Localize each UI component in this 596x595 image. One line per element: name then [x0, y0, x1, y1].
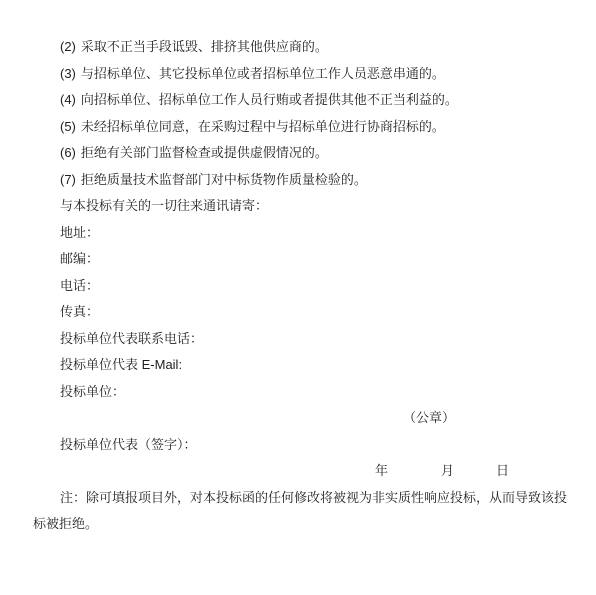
- clause-item-2: (2)采取不正当手段诋毁、排挤其他供应商的。: [33, 34, 563, 61]
- clause-number: (3): [60, 66, 76, 81]
- clause-text: 未经招标单位同意，在采购过程中与招标单位进行协商招标的。: [81, 119, 445, 134]
- field-postcode-label: 邮编：: [33, 246, 563, 273]
- day-label: 日: [496, 463, 509, 478]
- date-line: 年月日: [33, 458, 563, 485]
- field-rep-email-label: 投标单位代表 E-Mail:: [33, 352, 563, 379]
- field-fax-label: 传真：: [33, 299, 563, 326]
- representative-sign-label: 投标单位代表（签字）：: [33, 432, 563, 459]
- field-phone-label: 电话：: [33, 273, 563, 300]
- document-content: (2)采取不正当手段诋毁、排挤其他供应商的。 (3)与招标单位、其它投标单位或者…: [0, 0, 596, 538]
- field-rep-phone-label: 投标单位代表联系电话：: [33, 326, 563, 353]
- clause-item-4: (4)向招标单位、招标单位工作人员行贿或者提供其他不正当利益的。: [33, 87, 563, 114]
- bidder-unit-label: 投标单位：: [33, 379, 563, 406]
- clause-text: 向招标单位、招标单位工作人员行贿或者提供其他不正当利益的。: [81, 92, 458, 107]
- clause-text: 采取不正当手段诋毁、排挤其他供应商的。: [81, 39, 328, 54]
- clause-text: 与招标单位、其它投标单位或者招标单位工作人员恶意串通的。: [81, 66, 445, 81]
- document-page: (2)采取不正当手段诋毁、排挤其他供应商的。 (3)与招标单位、其它投标单位或者…: [0, 0, 596, 595]
- month-label: 月: [441, 463, 454, 478]
- contact-intro: 与本投标有关的一切往来通讯请寄：: [33, 193, 563, 220]
- clause-text: 拒绝质量技术监督部门对中标货物作质量检验的。: [81, 172, 367, 187]
- seal-label: （公章）: [33, 405, 563, 432]
- clause-number: (6): [60, 145, 76, 160]
- clause-number: (4): [60, 92, 76, 107]
- year-label: 年: [375, 463, 388, 478]
- clause-number: (5): [60, 119, 76, 134]
- clause-number: (7): [60, 172, 76, 187]
- field-address-label: 地址：: [33, 220, 563, 247]
- clause-item-7: (7)拒绝质量技术监督部门对中标货物作质量检验的。: [33, 167, 563, 194]
- clause-item-6: (6)拒绝有关部门监督检查或提供虚假情况的。: [33, 140, 563, 167]
- clause-number: (2): [60, 39, 76, 54]
- clause-text: 拒绝有关部门监督检查或提供虚假情况的。: [81, 145, 328, 160]
- clause-item-5: (5)未经招标单位同意，在采购过程中与招标单位进行协商招标的。: [33, 114, 563, 141]
- clause-item-3: (3)与招标单位、其它投标单位或者招标单位工作人员恶意串通的。: [33, 61, 563, 88]
- note-line-2: 标被拒绝。: [33, 511, 563, 538]
- note-line-1: 注：除可填报项目外，对本投标函的任何修改将被视为非实质性响应投标，从而导致该投: [33, 485, 563, 512]
